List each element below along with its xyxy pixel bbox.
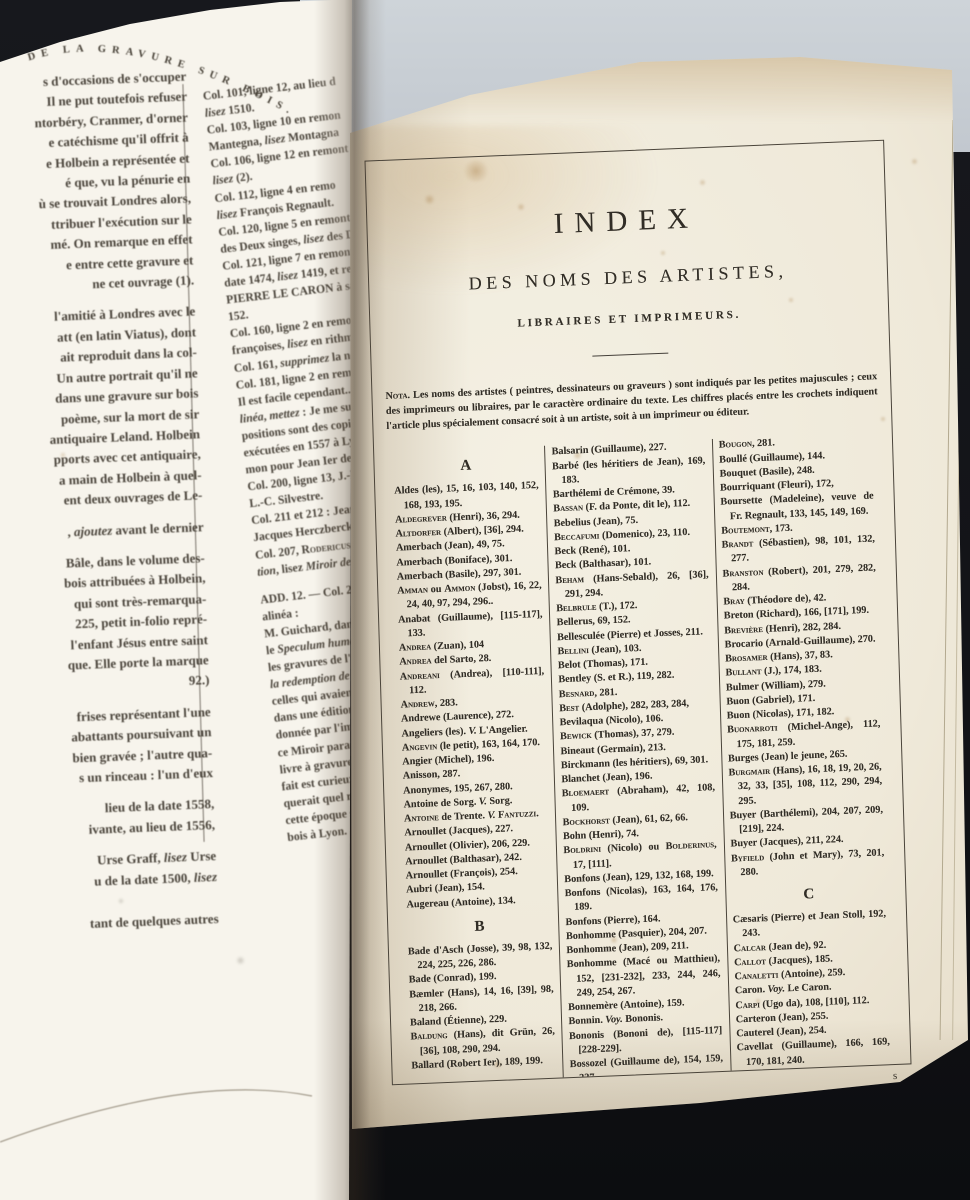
foxing-spot [236,956,245,965]
under-page-curve [0,0,352,1200]
index-section-heading: A [393,455,538,478]
fore-edge-line [940,120,954,1040]
index-column-3: Bougon, 281.Boullé (Guillaume), 144.Bouq… [712,433,898,1071]
index-column-1: AAldes (les), 15, 16, 103, 140, 152, 168… [387,446,563,1084]
foxing-spot [118,898,124,904]
index-frame: INDEX DES NOMS DES ARTISTES, LIBRAIRES E… [364,140,911,1086]
index-column-2: Balsarin (Guillaume), 227.Barbé (les hér… [544,439,730,1077]
foxing-spot [60,452,66,458]
index-entry: Cavellat (Guillaume), 166, 169, 170, 181… [736,1036,890,1071]
signature-mark: s [893,1070,898,1082]
divider-rule [592,353,668,357]
index-subtitle-2: LIBRAIRES ET IMPRIMEURS. [383,303,875,335]
index-entry: Bonhomme (Macé ou Matthieu), 152, [231-2… [567,952,721,1001]
index-title: INDEX [380,195,873,248]
foxing-spot [911,158,918,165]
index-columns: AAldes (les), 15, 16, 103, 140, 152, 168… [387,433,897,1084]
book-photo: DE LA GRAVURE SUR BOIS. s d'occasions de… [0,0,970,1200]
nota-paragraph: Nota. Les noms des artistes ( peintres, … [385,370,878,434]
index-entry: Burgmair (Hans), 16, 18, 19, 20, 26, 32,… [728,760,882,809]
index-section-heading: C [732,883,886,906]
index-section-heading: B [407,916,552,939]
fore-edge-line [952,300,961,1040]
index-subtitle: DES NOMS DES ARTISTES, [382,257,874,298]
index-entry: Byfield (John et Mary), 73, 201, 280. [731,846,885,881]
